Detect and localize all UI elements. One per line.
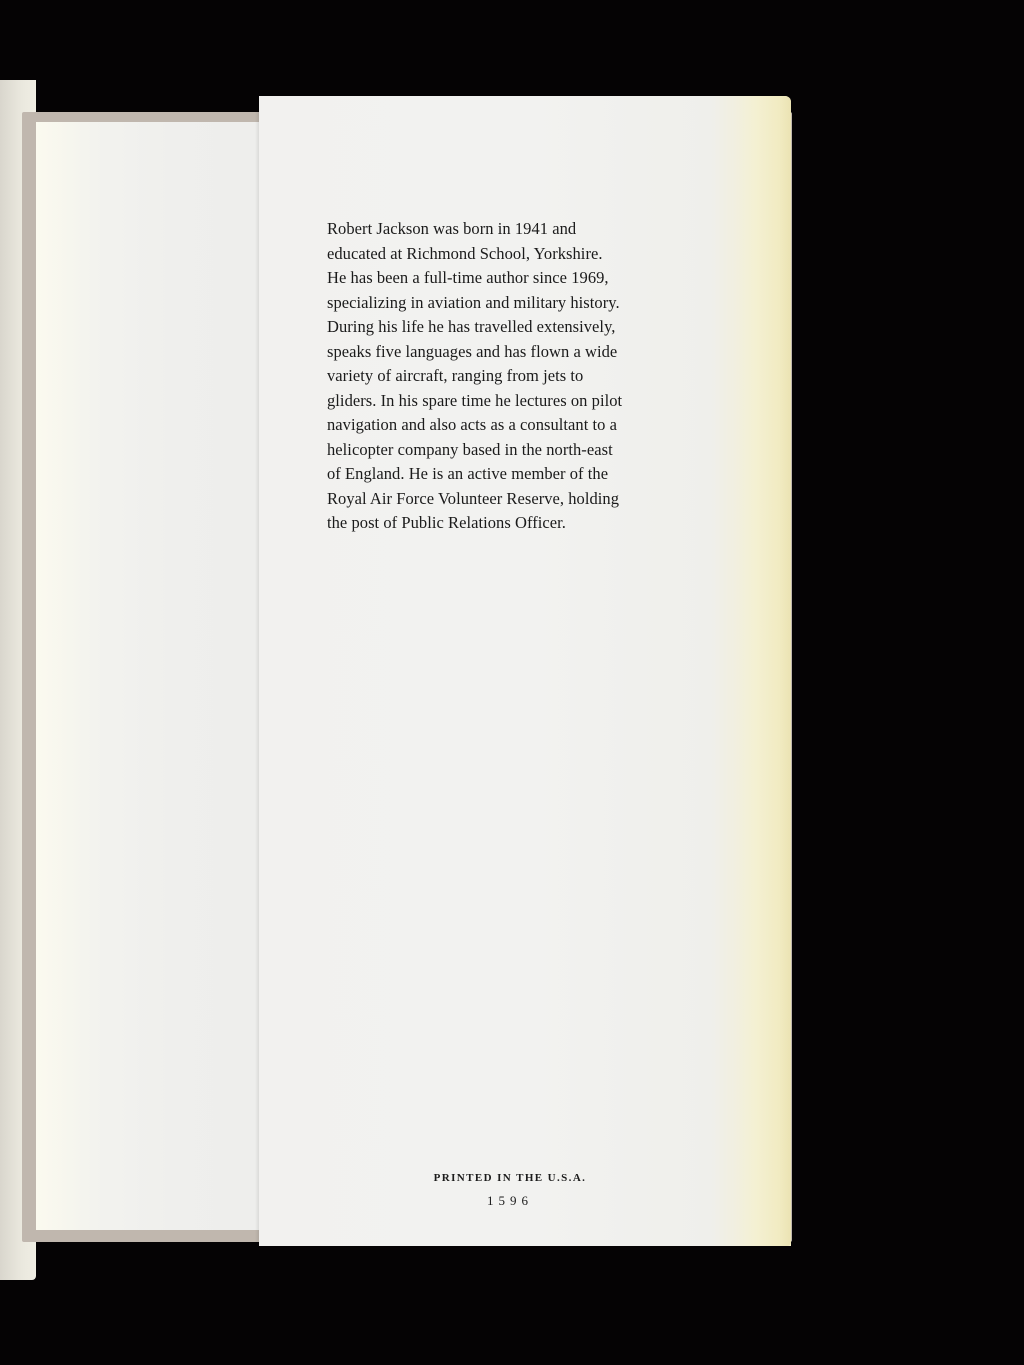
- author-biography: Robert Jackson was born in 1941 and educ…: [327, 217, 727, 536]
- bio-line: specializing in aviation and military hi…: [327, 291, 727, 316]
- inside-cover-panel: [36, 122, 260, 1230]
- bio-line: During his life he has travelled extensi…: [327, 315, 727, 340]
- bio-line: speaks five languages and has flown a wi…: [327, 340, 727, 365]
- bio-line: of England. He is an active member of th…: [327, 462, 727, 487]
- print-code: 1596: [400, 1193, 620, 1209]
- dust-jacket-fold: [732, 96, 791, 1246]
- bio-line: the post of Public Relations Officer.: [327, 511, 727, 536]
- bio-line: He has been a full-time author since 196…: [327, 266, 727, 291]
- printed-in-label: PRINTED IN THE U.S.A.: [400, 1172, 620, 1184]
- bio-line: helicopter company based in the north-ea…: [327, 438, 727, 463]
- bio-line: Robert Jackson was born in 1941 and: [327, 217, 727, 242]
- bio-line: educated at Richmond School, Yorkshire.: [327, 242, 727, 267]
- bio-line: Royal Air Force Volunteer Reserve, holdi…: [327, 487, 727, 512]
- printer-imprint: PRINTED IN THE U.S.A. 1596: [400, 1172, 620, 1209]
- bio-line: gliders. In his spare time he lectures o…: [327, 389, 727, 414]
- bio-line: variety of aircraft, ranging from jets t…: [327, 364, 727, 389]
- bio-line: navigation and also acts as a consultant…: [327, 413, 727, 438]
